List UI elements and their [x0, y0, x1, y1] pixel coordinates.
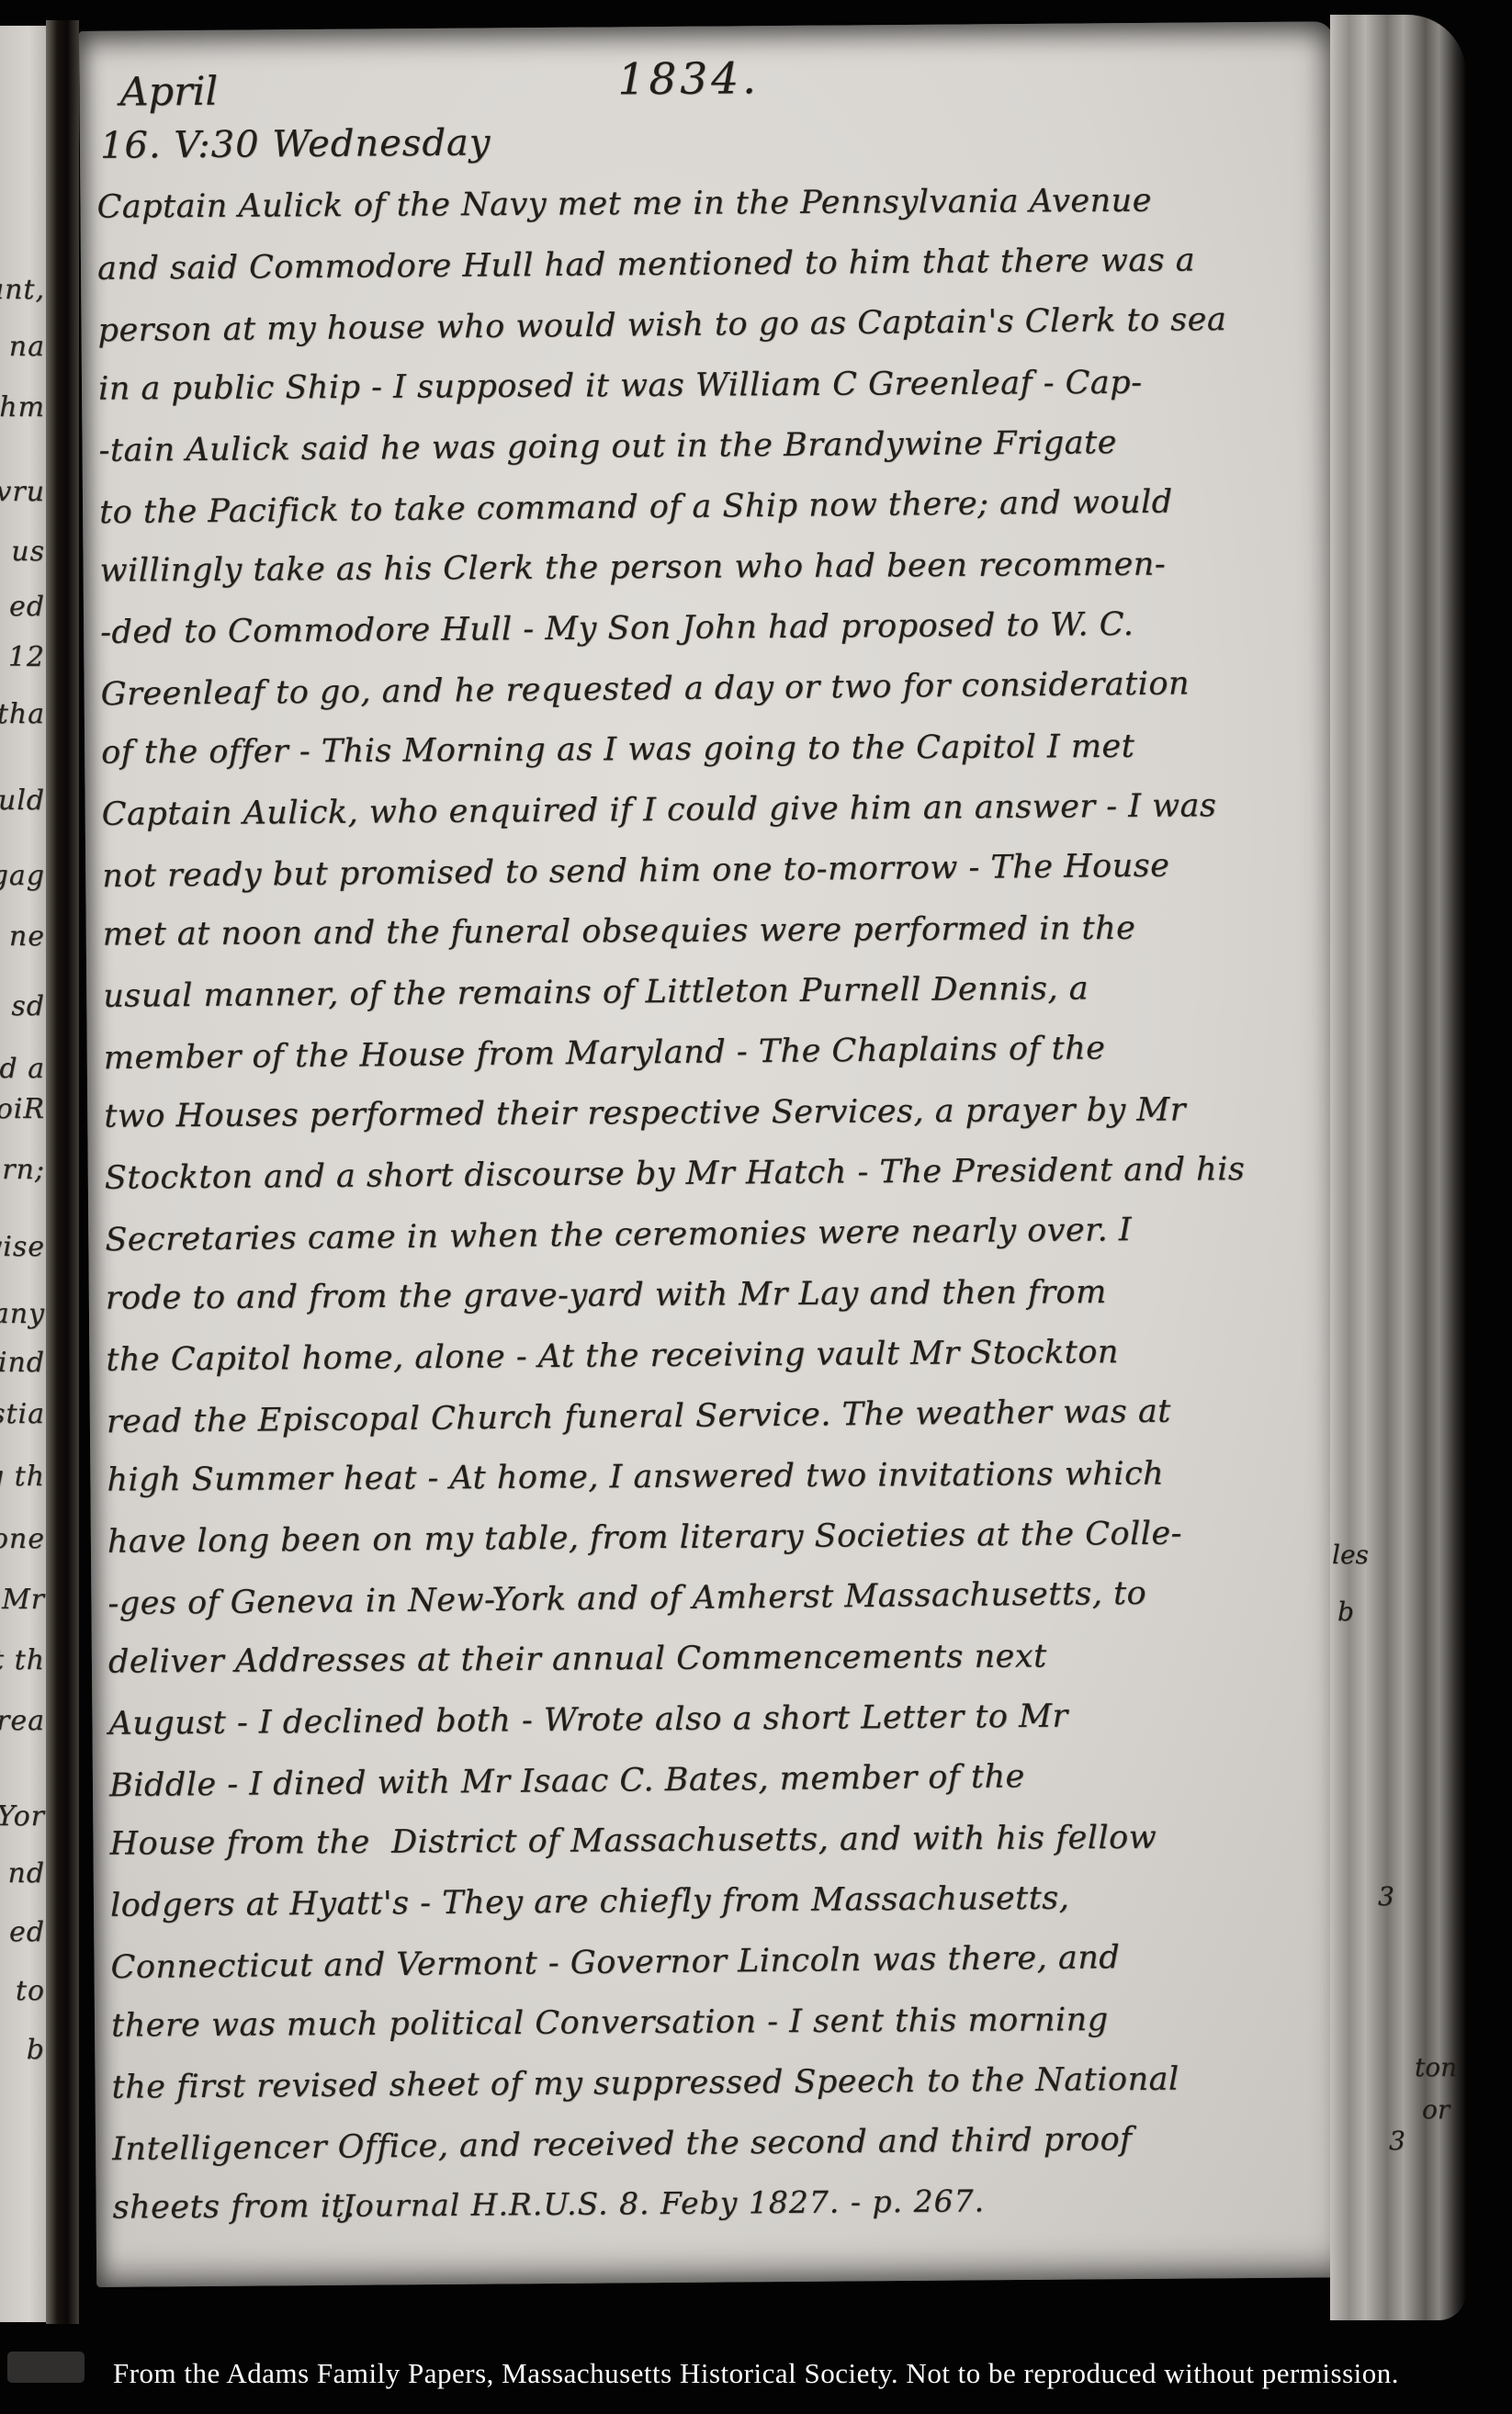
- page-edge-stack: lesb33tonor: [1330, 15, 1466, 2320]
- manuscript-line: have long been on my table, from literar…: [107, 1502, 1329, 1572]
- margin-fragment: gag: [0, 860, 45, 892]
- manuscript-line: high Summer heat - At home, I answered t…: [107, 1443, 1328, 1511]
- facing-page-edge: dant,nachmvruused12thauldgagnesdd aoiRrn…: [0, 26, 48, 2322]
- manuscript-line: to the Pacifick to take command of a Shi…: [99, 470, 1322, 543]
- manuscript-line: Connecticut and Vermont - Governor Linco…: [110, 1925, 1333, 1998]
- margin-fragment: 12: [8, 641, 45, 673]
- margin-fragment: uld: [0, 784, 45, 817]
- manuscript-line: there was much political Conversation - …: [111, 1989, 1333, 2057]
- margin-fragment: g th: [0, 1461, 45, 1493]
- margin-fragment: ne: [9, 920, 45, 953]
- edge-mark: b: [1337, 1596, 1354, 1627]
- margin-fragment: nd: [7, 1857, 45, 1889]
- margin-fragment: ed: [9, 591, 45, 623]
- margin-fragment: na: [9, 331, 45, 363]
- manuscript-line: willingly take as his Clerk the person w…: [99, 534, 1321, 602]
- month-label: April: [119, 69, 218, 116]
- manuscript-line: person at my house who would wish to go …: [97, 288, 1320, 361]
- margin-fragment: chm: [0, 391, 45, 423]
- margin-fragment: dant,: [0, 274, 45, 306]
- diary-page-photo: dant,nachmvruused12thauldgagnesdd aoiRrn…: [0, 0, 1512, 2414]
- caption-text: From the Adams Family Papers, Massachuse…: [0, 2357, 1512, 2390]
- manuscript-body: Captain Aulick of the Navy met me in the…: [96, 168, 1335, 2239]
- manuscript-line: read the Episcopal Church funeral Servic…: [107, 1380, 1329, 1452]
- edge-mark: les: [1332, 1540, 1369, 1570]
- journal-reference: Journal H.R.U.S. 8. Feby 1827. - p. 267.: [342, 2183, 985, 2223]
- margin-fragment: one: [0, 1523, 45, 1555]
- manuscript-line: usual manner, of the remains of Littleto…: [103, 956, 1325, 1026]
- manuscript-line: rode to and from the grave-yard with Mr …: [106, 1261, 1327, 1329]
- margin-fragment: vru: [0, 476, 45, 508]
- margin-fragment: Mr: [2, 1584, 45, 1616]
- margin-fragment: rn;: [2, 1154, 45, 1186]
- margin-fragment: oiR: [0, 1093, 45, 1125]
- manuscript-line: the Capitol home, alone - At the receivi…: [106, 1320, 1327, 1390]
- manuscript-line: Stockton and a short discourse by Mr Hat…: [105, 1138, 1326, 1208]
- entry-heading: 16. V:30 Wednesday: [100, 121, 491, 166]
- margin-fragment: any: [0, 1298, 45, 1330]
- margin-fragment: tha: [0, 698, 45, 730]
- manuscript-line: August - I declined both - Wrote also a …: [108, 1684, 1330, 1754]
- edge-mark: 3: [1389, 2126, 1405, 2156]
- manuscript-line: not ready but promised to send him one t…: [102, 834, 1325, 907]
- manuscript-line: Secretaries came in when the ceremonies …: [105, 1198, 1327, 1270]
- margin-fragment: rea: [0, 1705, 45, 1737]
- manuscript-line: -tain Aulick said he was going out in th…: [98, 411, 1320, 480]
- margin-fragment: stia: [0, 1398, 45, 1430]
- margin-fragment: to: [16, 1975, 45, 2007]
- margin-fragment: d a: [0, 1053, 45, 1085]
- margin-fragment: vise: [0, 1231, 45, 1263]
- manuscript-line: of the offer - This Morning as I was goi…: [101, 716, 1323, 784]
- margin-fragment: us: [11, 536, 45, 568]
- binding-gutter: [46, 20, 79, 2324]
- year-label: 1834.: [617, 53, 760, 105]
- margin-fragment: ed: [9, 1916, 45, 1948]
- manuscript-line: and said Commodore Hull had mentioned to…: [97, 229, 1319, 299]
- margin-fragment: t th: [0, 1644, 45, 1676]
- manuscript-line: -ges of Geneva in New-York and of Amhers…: [107, 1562, 1330, 1634]
- edge-mark: 3: [1378, 1881, 1394, 1912]
- margin-fragment: b: [27, 2034, 45, 2066]
- manuscript-line: met at noon and the funeral obsequies we…: [103, 897, 1325, 965]
- manuscript-line: the first revised sheet of my suppressed…: [111, 2047, 1333, 2117]
- manuscript-line: Captain Aulick of the Navy met me in the…: [96, 170, 1318, 238]
- manuscript-line: Intelligencer Office, and received the s…: [112, 2107, 1335, 2180]
- edge-mark: or: [1422, 2094, 1450, 2125]
- manuscript-line: House from the District of Massachusetts…: [109, 1807, 1331, 1875]
- margin-fragment: tind: [0, 1347, 45, 1379]
- manuscript-page: April 1834. 16. V:30 Wednesday Captain A…: [79, 21, 1351, 2287]
- manuscript-line: -ded to Commodore Hull - My Son John had…: [100, 592, 1322, 662]
- manuscript-line: member of the House from Maryland - The …: [103, 1016, 1326, 1089]
- manuscript-line: Captain Aulick, who enquired if I could …: [101, 774, 1323, 844]
- manuscript-line: Greenleaf to go, and he requested a day …: [100, 652, 1323, 725]
- margin-fragment: Yor: [0, 1800, 45, 1833]
- manuscript-line: lodgers at Hyatt's - They are chiefly fr…: [110, 1866, 1332, 1935]
- margin-fragment: sd: [11, 990, 45, 1022]
- edge-mark: ton: [1415, 2052, 1457, 2082]
- manuscript-line: Biddle - I dined with Mr Isaac C. Bates,…: [109, 1743, 1332, 1816]
- manuscript-line: in a public Ship - I supposed it was Wil…: [98, 352, 1320, 420]
- manuscript-line: two Houses performed their respective Se…: [104, 1079, 1326, 1147]
- manuscript-line: deliver Addresses at their annual Commen…: [108, 1625, 1330, 1693]
